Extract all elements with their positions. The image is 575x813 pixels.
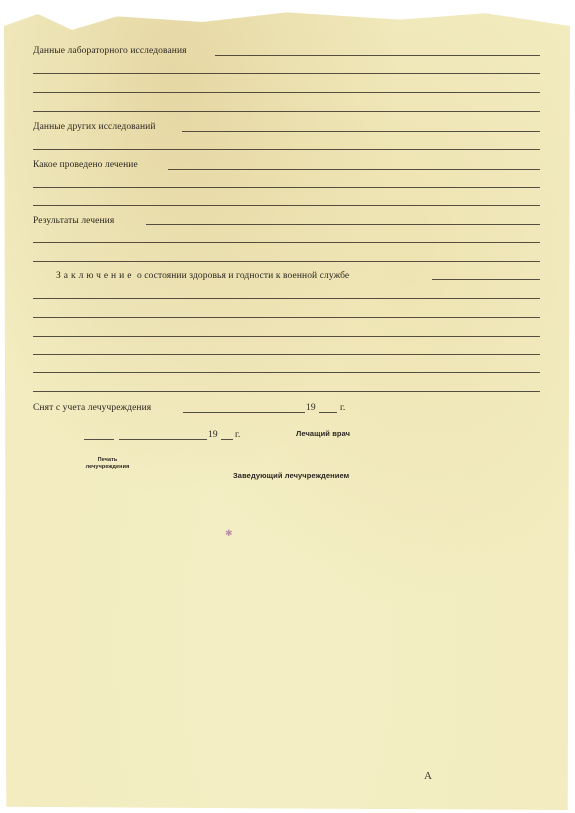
other-data-label: Данные других исследований	[33, 122, 156, 132]
signature-day-field[interactable]	[84, 439, 114, 440]
lab-data-label: Данные лабораторного исследования	[33, 46, 187, 56]
deregistered-year-prefix: 19	[306, 403, 316, 413]
lab-data-line-3[interactable]	[33, 92, 540, 93]
conclusion-line-5[interactable]	[33, 354, 540, 355]
treatment-line-2[interactable]	[33, 187, 540, 188]
head-of-institution-label: Заведующий лечучреждением	[233, 471, 349, 480]
deregistered-label: Снят с учета лечучреждения	[33, 403, 151, 413]
other-data-field[interactable]	[182, 131, 540, 132]
attending-doctor-label: Лечащий врач	[296, 429, 350, 438]
conclusion-label-text: о состоянии здоровья и годности к военно…	[137, 271, 349, 281]
conclusion-line-6[interactable]	[33, 372, 540, 373]
treatment-line-3[interactable]	[33, 205, 540, 206]
results-line-3[interactable]	[33, 261, 540, 262]
deregistered-year-field[interactable]	[319, 412, 337, 413]
treatment-field[interactable]	[168, 169, 540, 170]
lab-data-line-2[interactable]	[33, 73, 540, 74]
conclusion-label-heading: Заключение	[56, 271, 134, 281]
signature-month-field[interactable]	[119, 439, 207, 440]
other-data-line-2[interactable]	[33, 149, 540, 150]
signature-year-field[interactable]	[221, 439, 233, 440]
conclusion-label: Заключение о состоянии здоровья и годнос…	[56, 271, 349, 281]
ink-spot-icon: ✱	[225, 528, 233, 539]
conclusion-line-3[interactable]	[33, 317, 540, 318]
lab-data-field[interactable]	[215, 55, 540, 56]
conclusion-line-4[interactable]	[33, 336, 540, 337]
signature-year-suffix: г.	[235, 430, 240, 440]
corner-mark: А	[424, 770, 432, 782]
lab-data-line-4[interactable]	[33, 111, 540, 112]
results-line-2[interactable]	[33, 242, 540, 243]
treatment-label: Какое проведено лечение	[33, 160, 138, 170]
stamp-label: Печать лечучреждения	[80, 457, 135, 471]
stamp-label-line1: Печать	[80, 457, 135, 464]
signature-year-prefix: 19	[208, 430, 218, 440]
deregistered-year-suffix: г.	[340, 403, 345, 413]
stamp-label-line2: лечучреждения	[80, 464, 135, 471]
conclusion-line-2[interactable]	[33, 298, 540, 299]
conclusion-field[interactable]	[432, 279, 540, 280]
conclusion-line-7[interactable]	[33, 391, 540, 392]
results-field[interactable]	[146, 224, 540, 225]
deregistered-date-field[interactable]	[183, 412, 305, 413]
results-label: Результаты лечения	[33, 216, 114, 226]
